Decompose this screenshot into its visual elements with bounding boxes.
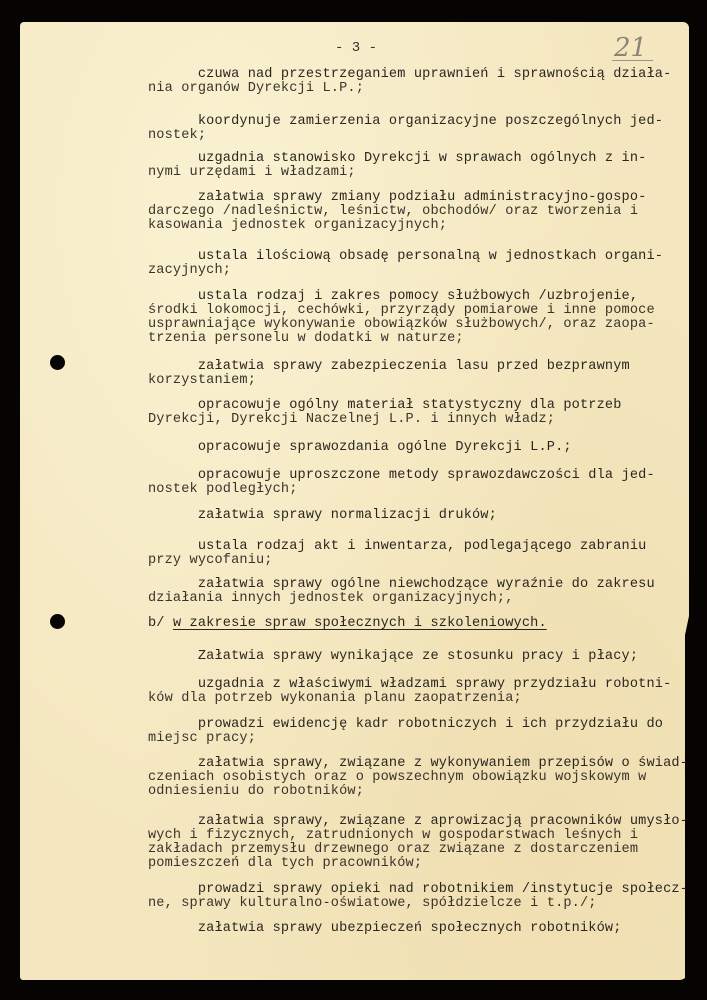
paragraph-line: prowadzi ewidencję kadr robotniczych i i…: [148, 718, 663, 732]
paragraph-line: zakładach przemysłu drzewnego oraz związ…: [148, 843, 638, 857]
section-marker: b/: [148, 616, 173, 631]
paragraph-line: kasowania jednostek organizacyjnych;: [148, 219, 447, 233]
paragraph-line: usprawniające wykonywanie obowiązków słu…: [148, 318, 655, 332]
paragraph-line: nia organów Dyrekcji L.P.;: [148, 82, 364, 96]
paragraph-line: środki lokomocji, cechówki, przyrządy po…: [148, 304, 655, 318]
paragraph-line: załatwia sprawy normalizacji druków;: [148, 509, 497, 523]
paragraph-line: ustala rodzaj i zakres pomocy służbowych…: [148, 290, 638, 304]
paragraph-line: zacyjnych;: [148, 264, 231, 278]
paragraph-line: uzgadnia stanowisko Dyrekcji w sprawach …: [148, 152, 646, 166]
paragraph-line: działania innych jednostek organizacyjny…: [148, 592, 514, 606]
paragraph-line: nymi urzędami i władzami;: [148, 166, 356, 180]
paragraph-line: nostek;: [148, 129, 206, 143]
paragraph-line: uzgadnia z właściwymi władzami sprawy pr…: [148, 678, 671, 692]
punch-hole: [50, 355, 65, 370]
paragraph-line: ne, sprawy kulturalno-oświatowe, spółdzi…: [148, 897, 597, 911]
paragraph-line: czuwa nad przestrzeganiem uprawnień i sp…: [148, 68, 671, 82]
paragraph-line: załatwia sprawy, związane z aprowizacją …: [148, 815, 688, 829]
paragraph-line: załatwia sprawy zabezpieczenia lasu prze…: [148, 360, 630, 374]
paragraph-line: Dyrekcji, Dyrekcji Naczelnej L.P. i inny…: [148, 413, 555, 427]
paragraph-line: korzystaniem;: [148, 374, 256, 388]
paragraph-line: opracowuje ogólny materiał statystyczny …: [148, 399, 622, 413]
paragraph-line: załatwia sprawy, związane z wykonywaniem…: [148, 757, 688, 771]
paragraph-line: pomieszczeń dla tych pracowników;: [148, 857, 422, 871]
paragraph-line: opracowuje sprawozdania ogólne Dyrekcji …: [148, 441, 572, 455]
paragraph-line: załatwia sprawy zmiany podziału administ…: [148, 191, 646, 205]
punch-hole: [50, 614, 65, 629]
paragraph-line: odniesieniu do robotników;: [148, 785, 364, 799]
paragraph-line: koordynuje zamierzenia organizacyjne pos…: [148, 115, 663, 129]
paragraph-line: trzenia personelu w dodatki w naturze;: [148, 332, 464, 346]
page-number: - 3 -: [335, 40, 377, 56]
paragraph-line: załatwia sprawy ubezpieczeń społecznych …: [148, 922, 622, 936]
section-title: w zakresie spraw społecznych i szkolenio…: [173, 616, 547, 631]
paragraph-line: przy wycofaniu;: [148, 554, 273, 568]
section-b-heading: b/ w zakresie spraw społecznych i szkole…: [148, 617, 547, 631]
paragraph-line: ków dla potrzeb wykonania planu zaopatrz…: [148, 692, 522, 706]
paragraph-line: miejsc pracy;: [148, 732, 256, 746]
paragraph-line: Załatwia sprawy wynikające ze stosunku p…: [148, 650, 638, 664]
paragraph-line: ustala rodzaj akt i inwentarza, podlegaj…: [148, 540, 646, 554]
paragraph-line: załatwia sprawy ogólne niewchodzące wyra…: [148, 578, 655, 592]
archive-number-handwritten: 21: [612, 36, 653, 61]
paragraph-line: wych i fizycznych, zatrudnionych w gospo…: [148, 829, 638, 843]
paragraph-line: ustala ilościową obsadę personalną w jed…: [148, 250, 663, 264]
paragraph-line: czeniach osobistych oraz o powszechnym o…: [148, 771, 646, 785]
paragraph-line: prowadzi sprawy opieki nad robotnikiem /…: [148, 883, 688, 897]
paragraph-line: darczego /nadleśnictw, leśnictw, obchodó…: [148, 205, 638, 219]
paragraph-line: opracowuje uproszczone metody sprawozdaw…: [148, 469, 655, 483]
paragraph-line: nostek podległych;: [148, 483, 298, 497]
